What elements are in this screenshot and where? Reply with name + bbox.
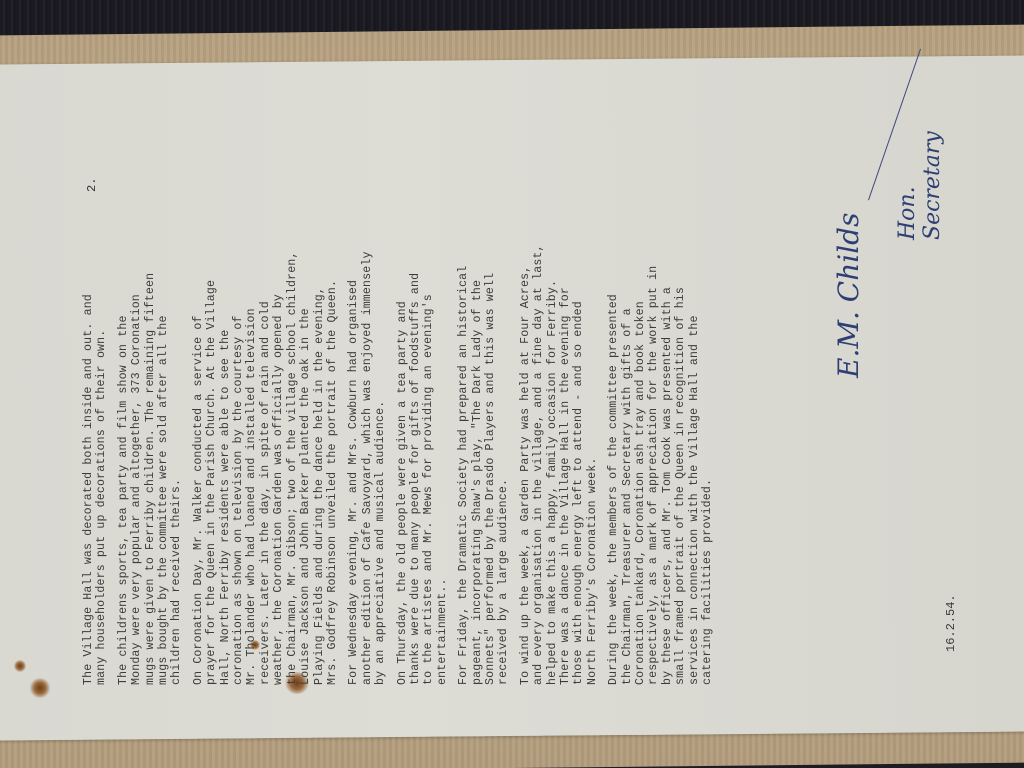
- paragraph-wednesday: For Wednesday evening, Mr. and Mrs. Cowb…: [347, 125, 387, 685]
- document-body: The Village Hall was decorated both insi…: [82, 125, 722, 685]
- stain-mark: [14, 660, 26, 672]
- document-date: 16.2.54.: [944, 594, 958, 652]
- paragraph-coronation-day: On Coronation Day, Mr. Walker conducted …: [192, 125, 339, 685]
- paragraph-gifts: During the week, the members of the comm…: [607, 125, 714, 685]
- stain-mark: [30, 678, 50, 698]
- paragraph-childrens-sports: The childrens sports, tea party and film…: [117, 125, 184, 685]
- signature-name: E.M. Childs: [832, 213, 865, 378]
- paragraph-garden-party: To wind up the week, a Garden Party was …: [519, 125, 599, 685]
- paragraph-friday: For Friday, the Dramatic Society had pre…: [457, 125, 511, 685]
- signature-title: Hon. Secretary: [895, 111, 945, 240]
- paragraph-thursday: On Thursday, the old people were given a…: [396, 125, 450, 685]
- paragraph-village-hall: The Village Hall was decorated both insi…: [82, 125, 109, 685]
